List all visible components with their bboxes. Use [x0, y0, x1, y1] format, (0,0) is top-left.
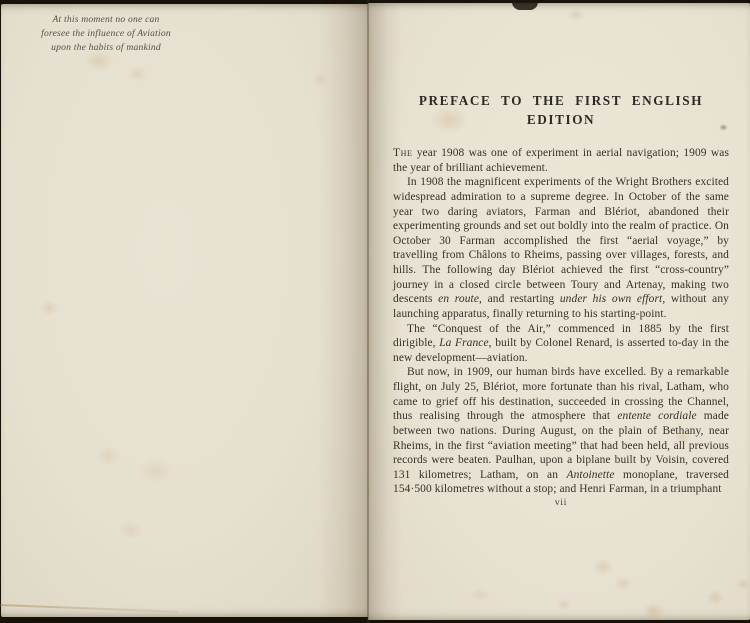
inscription-line: At this moment no one can	[31, 13, 181, 27]
preface-content: PREFACE TO THE FIRST ENGLISH EDITION The…	[393, 92, 729, 508]
italic-phrase: Antoinette	[567, 469, 615, 481]
paragraph: The “Conquest of the Air,” commenced in …	[393, 322, 729, 366]
gutter-shadow	[318, 4, 368, 617]
page-number: vii	[393, 498, 729, 508]
paragraph: But now, in 1909, our human birds have e…	[393, 365, 729, 497]
lead-small-caps: The	[393, 147, 412, 159]
heading-line-1: PREFACE TO THE FIRST ENGLISH	[393, 92, 729, 111]
inscription-line: upon the habits of mankind	[31, 41, 181, 55]
italic-phrase: en route	[438, 293, 479, 305]
inscription: At this moment no one can foresee the in…	[31, 13, 181, 56]
inscription-line: foresee the influence of Aviation	[31, 27, 181, 41]
italic-phrase: entente cordiale	[617, 410, 696, 422]
book-spread: At this moment no one can foresee the in…	[0, 0, 750, 623]
paragraph: In 1908 the magnificent experiments of t…	[393, 175, 729, 321]
heading-line-2: EDITION	[393, 111, 729, 130]
italic-phrase: La France	[439, 337, 488, 349]
left-page: At this moment no one can foresee the in…	[1, 4, 368, 617]
preface-body: The year 1908 was one of experiment in a…	[393, 146, 729, 497]
paragraph: The year 1908 was one of experiment in a…	[393, 146, 729, 175]
italic-phrase: under his own effort	[560, 293, 662, 305]
page-edge-notch	[512, 0, 538, 10]
preface-heading: PREFACE TO THE FIRST ENGLISH EDITION	[393, 92, 729, 129]
